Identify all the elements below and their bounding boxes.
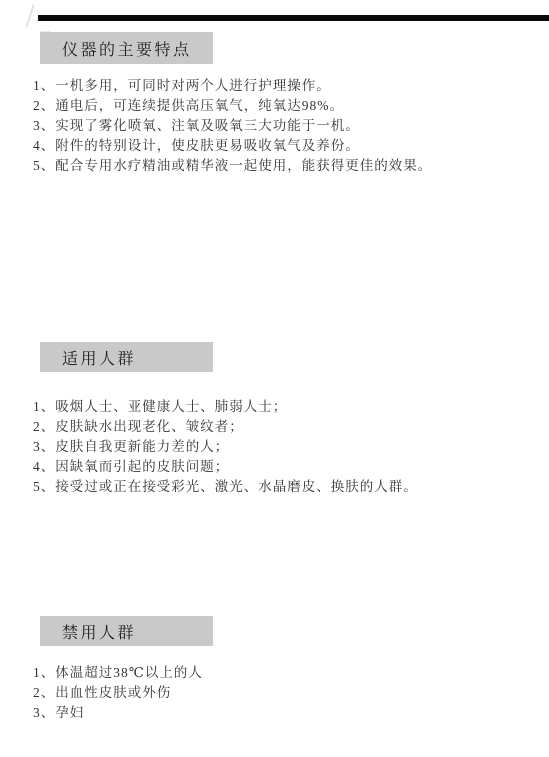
document-page: 仪器的主要特点 1、一机多用，可同时对两个人进行护理操作。 2、通电后，可连续提…: [0, 0, 549, 757]
list-item: 1、吸烟人士、亚健康人士、肺弱人士；: [33, 397, 418, 417]
list-item: 4、附件的特别设计，使皮肤更易吸收氧气及养份。: [33, 136, 432, 156]
list-item: 3、实现了雾化喷氧、注氧及吸氧三大功能于一机。: [33, 116, 432, 136]
section-title: 适用人群: [62, 346, 136, 369]
list-item: 3、孕妇: [33, 703, 203, 723]
list-item: 1、一机多用，可同时对两个人进行护理操作。: [33, 76, 432, 96]
features-list: 1、一机多用，可同时对两个人进行护理操作。 2、通电后，可连续提供高压氧气，纯氧…: [33, 76, 432, 176]
list-item: 1、体温超过38℃以上的人: [33, 663, 203, 683]
section-header-prohibited-people: 禁用人群: [40, 616, 213, 646]
section-title: 禁用人群: [62, 620, 136, 643]
prohibited-people-list: 1、体温超过38℃以上的人 2、出血性皮肤或外伤 3、孕妇: [33, 663, 203, 723]
section-title: 仪器的主要特点: [62, 37, 192, 60]
section-header-features: 仪器的主要特点: [40, 32, 213, 64]
list-item: 5、配合专用水疗精油或精华液一起使用，能获得更佳的效果。: [33, 156, 432, 176]
list-item: 5、接受过或正在接受彩光、激光、水晶磨皮、换肤的人群。: [33, 477, 418, 497]
list-item: 2、出血性皮肤或外伤: [33, 683, 203, 703]
top-horizontal-rule: [38, 15, 549, 21]
list-item: 3、皮肤自我更新能力差的人；: [33, 437, 418, 457]
list-item: 2、通电后，可连续提供高压氧气，纯氧达98%。: [33, 96, 432, 116]
list-item: 4、因缺氧而引起的皮肤问题；: [33, 457, 418, 477]
scan-artifact-mark: [25, 4, 34, 27]
applicable-people-list: 1、吸烟人士、亚健康人士、肺弱人士； 2、皮肤缺水出现老化、皱纹者； 3、皮肤自…: [33, 397, 418, 497]
section-header-applicable-people: 适用人群: [40, 342, 213, 372]
list-item: 2、皮肤缺水出现老化、皱纹者；: [33, 417, 418, 437]
